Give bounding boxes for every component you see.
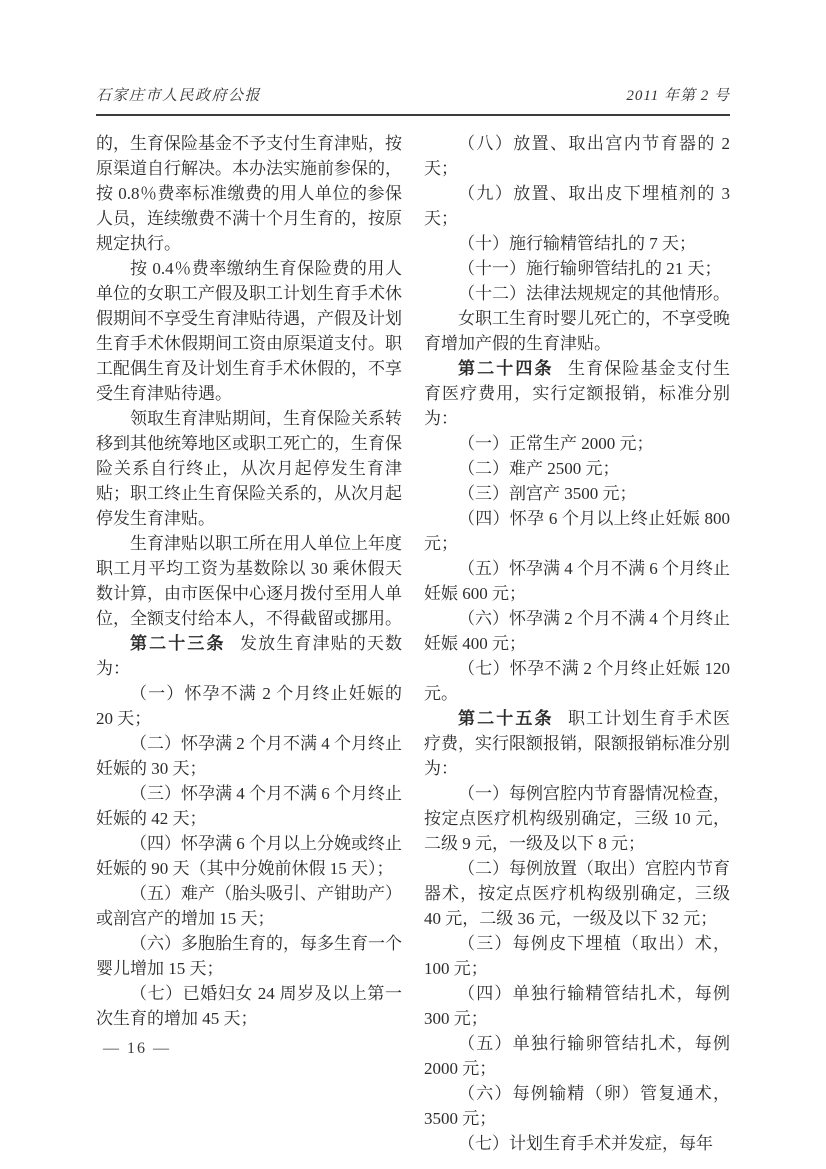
paragraph: （三）剖宫产 3500 元； [424, 481, 730, 506]
paragraph-text: （四）单独行输精管结扎术，每例 300 元； [424, 984, 730, 1028]
paragraph: （四）单独行输精管结扎术，每例 300 元； [424, 981, 730, 1031]
paragraph-text: 女职工生育时婴儿死亡的，不享受晚育增加产假的生育津贴。 [424, 309, 730, 353]
paragraph-text: （四）怀孕满 6 个月以上分娩或终止妊娠的 90 天（其中分娩前休假 15 天）… [96, 834, 402, 878]
paragraph: 女职工生育时婴儿死亡的，不享受晚育增加产假的生育津贴。 [424, 306, 730, 356]
paragraph: （九）放置、取出皮下埋植剂的 3 天； [424, 181, 730, 231]
paragraph: （十一）施行输卵管结扎的 21 天； [424, 256, 730, 281]
paragraph-text: （六）每例输精（卵）管复通术，3500 元； [424, 1084, 730, 1128]
paragraph: （七）怀孕不满 2 个月终止妊娠 120 元。 [424, 656, 730, 706]
paragraph: （六）怀孕满 2 个月不满 4 个月终止妊娠 400 元； [424, 606, 730, 656]
paragraph-text: （二）每例放置（取出）宫腔内节育器术，按定点医疗机构级别确定，三级 40 元，二… [424, 859, 730, 928]
paragraph: （四）怀孕满 6 个月以上分娩或终止妊娠的 90 天（其中分娩前休假 15 天）… [96, 831, 402, 881]
paragraph: （七）计划生育手术并发症，每年 [424, 1131, 730, 1156]
paragraph: 按 0.4％费率缴纳生育保险费的用人单位的女职工产假及职工计划生育手术休假期间不… [96, 256, 402, 406]
right-column: （八）放置、取出宫内节育器的 2 天；（九）放置、取出皮下埋植剂的 3 天；（十… [424, 131, 730, 1156]
paragraph: （五）怀孕满 4 个月不满 6 个月终止妊娠 600 元； [424, 556, 730, 606]
article-number: 第二十五条 [458, 709, 554, 728]
paragraph-text: 按 0.4％费率缴纳生育保险费的用人单位的女职工产假及职工计划生育手术休假期间不… [96, 259, 402, 403]
paragraph: 第二十三条发放生育津贴的天数为： [96, 631, 402, 681]
paragraph-text: （七）计划生育手术并发症，每年 [458, 1134, 713, 1153]
paragraph: （二）每例放置（取出）宫腔内节育器术，按定点医疗机构级别确定，三级 40 元，二… [424, 856, 730, 931]
paragraph-text: （一）怀孕不满 2 个月终止妊娠的 20 天； [96, 684, 402, 728]
gazette-title: 石家庄市人民政府公报 [96, 84, 261, 105]
paragraph: （六）多胞胎生育的，每多生育一个婴儿增加 15 天； [96, 931, 402, 981]
paragraph: （八）放置、取出宫内节育器的 2 天； [424, 131, 730, 181]
paragraph: （四）怀孕 6 个月以上终止妊娠 800 元； [424, 506, 730, 556]
paragraph: （六）每例输精（卵）管复通术，3500 元； [424, 1081, 730, 1131]
paragraph-text: （十二）法律法规规定的其他情形。 [458, 284, 730, 303]
paragraph-text: （六）怀孕满 2 个月不满 4 个月终止妊娠 400 元； [424, 609, 730, 653]
paragraph-text: （六）多胞胎生育的，每多生育一个婴儿增加 15 天； [96, 934, 402, 978]
paragraph-text: （九）放置、取出皮下埋植剂的 3 天； [424, 184, 730, 228]
paragraph-text: （七）已婚妇女 24 周岁及以上第一次生育的增加 45 天； [96, 984, 402, 1028]
paragraph-text: （五）难产（胎头吸引、产钳助产）或剖宫产的增加 15 天； [96, 884, 402, 928]
article-number: 第二十四条 [458, 359, 554, 378]
paragraph: 生育津贴以职工所在用人单位上年度职工月平均工资为基数除以 30 乘休假天数计算，… [96, 531, 402, 631]
paragraph-text: （十一）施行输卵管结扎的 21 天； [458, 259, 722, 278]
paragraph: 第二十四条生育保险基金支付生育医疗费用，实行定额报销，标准分别为： [424, 356, 730, 431]
paragraph: （二）难产 2500 元； [424, 456, 730, 481]
paragraph-text: （五）单独行输卵管结扎术，每例 2000 元； [424, 1034, 730, 1078]
article-number: 第二十三条 [130, 634, 226, 653]
paragraph: （十）施行输精管结扎的 7 天； [424, 231, 730, 256]
paragraph-text: （三）怀孕满 4 个月不满 6 个月终止妊娠的 42 天； [96, 784, 402, 828]
paragraph: （三）怀孕满 4 个月不满 6 个月终止妊娠的 42 天； [96, 781, 402, 831]
paragraph: （一）怀孕不满 2 个月终止妊娠的 20 天； [96, 681, 402, 731]
paragraph: （一）正常生产 2000 元； [424, 431, 730, 456]
paragraph-text: （三）剖宫产 3500 元； [458, 484, 637, 503]
article-body: 的，生育保险基金不予支付生育津贴，按原渠道自行解决。本办法实施前参保的，按 0.… [96, 131, 730, 1156]
paragraph-text: （四）怀孕 6 个月以上终止妊娠 800 元； [424, 509, 730, 553]
paragraph: （十二）法律法规规定的其他情形。 [424, 281, 730, 306]
paragraph-text: 领取生育津贴期间，生育保险关系转移到其他统筹地区或职工死亡的，生育保险关系自行终… [96, 409, 402, 528]
paragraph-text: 生育津贴以职工所在用人单位上年度职工月平均工资为基数除以 30 乘休假天数计算，… [96, 534, 402, 628]
running-head: 石家庄市人民政府公报 2011 年第 2 号 [96, 84, 730, 116]
paragraph: 的，生育保险基金不予支付生育津贴，按原渠道自行解决。本办法实施前参保的，按 0.… [96, 131, 402, 256]
paragraph: 领取生育津贴期间，生育保险关系转移到其他统筹地区或职工死亡的，生育保险关系自行终… [96, 406, 402, 531]
paragraph-text: （七）怀孕不满 2 个月终止妊娠 120 元。 [424, 659, 730, 703]
paragraph-text: （二）怀孕满 2 个月不满 4 个月终止妊娠的 30 天； [96, 734, 402, 778]
gazette-page: 石家庄市人民政府公报 2011 年第 2 号 的，生育保险基金不予支付生育津贴，… [0, 0, 826, 1169]
paragraph: （三）每例皮下埋植（取出）术，100 元； [424, 931, 730, 981]
paragraph: （一）每例宫腔内节育器情况检查，按定点医疗机构级别确定，三级 10 元，二级 9… [424, 781, 730, 856]
paragraph: （五）难产（胎头吸引、产钳助产）或剖宫产的增加 15 天； [96, 881, 402, 931]
page-number: — 16 — [103, 1040, 171, 1058]
paragraph-text: （一）正常生产 2000 元； [458, 434, 654, 453]
issue-number: 2011 年第 2 号 [626, 84, 730, 105]
paragraph-text: 的，生育保险基金不予支付生育津贴，按原渠道自行解决。本办法实施前参保的，按 0.… [96, 134, 402, 253]
left-column: 的，生育保险基金不予支付生育津贴，按原渠道自行解决。本办法实施前参保的，按 0.… [96, 131, 402, 1156]
paragraph-text: （八）放置、取出宫内节育器的 2 天； [424, 134, 730, 178]
paragraph: （二）怀孕满 2 个月不满 4 个月终止妊娠的 30 天； [96, 731, 402, 781]
paragraph-text: （一）每例宫腔内节育器情况检查，按定点医疗机构级别确定，三级 10 元，二级 9… [424, 784, 730, 853]
paragraph: 第二十五条职工计划生育手术医疗费，实行限额报销，限额报销标准分别为： [424, 706, 730, 781]
paragraph-text: （十）施行输精管结扎的 7 天； [458, 234, 696, 253]
paragraph: （五）单独行输卵管结扎术，每例 2000 元； [424, 1031, 730, 1081]
paragraph-text: （二）难产 2500 元； [458, 459, 620, 478]
paragraph: （七）已婚妇女 24 周岁及以上第一次生育的增加 45 天； [96, 981, 402, 1031]
paragraph-text: （三）每例皮下埋植（取出）术，100 元； [424, 934, 730, 978]
paragraph-text: （五）怀孕满 4 个月不满 6 个月终止妊娠 600 元； [424, 559, 730, 603]
